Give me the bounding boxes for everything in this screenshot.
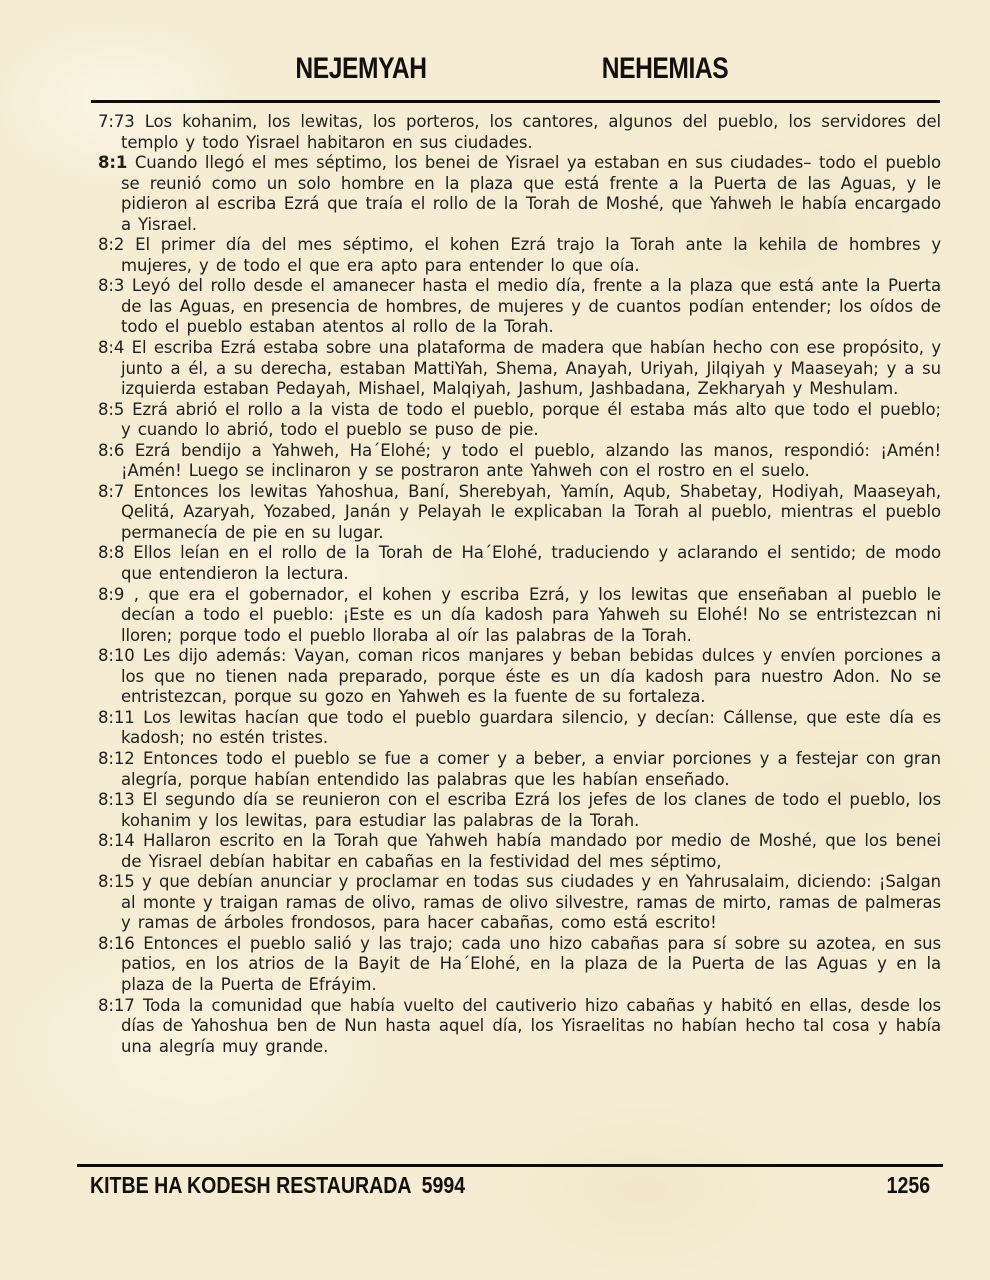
verse: 8:6 Ezrá bendijo a Yahweh, Ha´Elohé; y t…	[98, 441, 941, 482]
verse-number: 8:4	[98, 338, 124, 357]
verse: 8:7 Entonces los lewitas Yahoshua, Baní,…	[98, 482, 941, 544]
scripture-text: 7:73 Los kohanim, los lewitas, los porte…	[98, 112, 941, 1057]
verse: 8:1 Cuando llegó el mes séptimo, los ben…	[98, 153, 941, 235]
verse-number: 8:11	[98, 708, 135, 727]
verse-number: 7:73	[98, 112, 135, 131]
page-title-spanish: NEHEMIAS	[602, 52, 729, 86]
verse: 8:2 El primer día del mes séptimo, el ko…	[98, 235, 941, 276]
footer-rule	[77, 1164, 943, 1167]
verse-text: , que era el gobernador, el kohen y escr…	[121, 585, 941, 645]
document-page: NEJEMYAH NEHEMIAS 7:73 Los kohanim, los …	[0, 0, 990, 1280]
verse-text: El escriba Ezrá estaba sobre una platafo…	[121, 338, 941, 398]
verse-text: Los lewitas hacían que todo el pueblo gu…	[121, 708, 941, 748]
verse-number: 8:16	[98, 934, 135, 953]
verse-number: 8:12	[98, 749, 135, 768]
verse-text: Ezrá bendijo a Yahweh, Ha´Elohé; y todo …	[121, 441, 941, 481]
verse: 8:8 Ellos leían en el rollo de la Torah …	[98, 543, 941, 584]
verse-number: 8:15	[98, 872, 135, 891]
verse-number: 8:17	[98, 996, 135, 1015]
verse-number: 8:13	[98, 790, 135, 809]
verse: 8:16 Entonces el pueblo salió y las traj…	[98, 934, 941, 996]
verse-text: Entonces el pueblo salió y las trajo; ca…	[121, 934, 941, 994]
verse-text: El segundo día se reunieron con el escri…	[121, 790, 941, 830]
verse-text: Toda la comunidad que había vuelto del c…	[121, 996, 941, 1056]
verse: 7:73 Los kohanim, los lewitas, los porte…	[98, 112, 941, 153]
verse: 8:5 Ezrá abrió el rollo a la vista de to…	[98, 400, 941, 441]
verse-number: 8:6	[98, 441, 124, 460]
verse: 8:17 Toda la comunidad que había vuelto …	[98, 996, 941, 1058]
verse-text: y que debían anunciar y proclamar en tod…	[121, 872, 941, 932]
verse-number: 8:2	[98, 235, 124, 254]
verse: 8:4 El escriba Ezrá estaba sobre una pla…	[98, 338, 941, 400]
verse-text: Leyó del rollo desde el amanecer hasta e…	[121, 276, 941, 336]
verse: 8:3 Leyó del rollo desde el amanecer has…	[98, 276, 941, 338]
verse: 8:9 , que era el gobernador, el kohen y …	[98, 585, 941, 647]
verse-number: 8:8	[98, 543, 124, 562]
verse-text: Ellos leían en el rollo de la Torah de H…	[121, 543, 941, 583]
footer-page-number: 1256	[887, 1172, 930, 1199]
verse: 8:13 El segundo día se reunieron con el …	[98, 790, 941, 831]
page-title-transliterated: NEJEMYAH	[295, 52, 426, 86]
verse-number: 8:3	[98, 276, 124, 295]
verse-text: Ezrá abrió el rollo a la vista de todo e…	[121, 400, 941, 440]
verse-text: Entonces todo el pueblo se fue a comer y…	[121, 749, 941, 789]
verse-text: Los kohanim, los lewitas, los porteros, …	[121, 112, 941, 152]
verse-text: El primer día del mes séptimo, el kohen …	[121, 235, 941, 275]
verse-number: 8:10	[98, 646, 135, 665]
verse-number: 8:7	[98, 482, 124, 501]
verse-text: Hallaron escrito en la Torah que Yahweh …	[121, 831, 941, 871]
verse-number: 8:1	[98, 153, 127, 172]
verse-number: 8:14	[98, 831, 135, 850]
verse-text: Entonces los lewitas Yahoshua, Baní, She…	[121, 482, 941, 542]
verse: 8:14 Hallaron escrito en la Torah que Ya…	[98, 831, 941, 872]
verse-text: Les dijo además: Vayan, coman ricos manj…	[121, 646, 941, 706]
verse: 8:12 Entonces todo el pueblo se fue a co…	[98, 749, 941, 790]
verse-number: 8:5	[98, 400, 124, 419]
verse: 8:15 y que debían anunciar y proclamar e…	[98, 872, 941, 934]
verse-number: 8:9	[98, 585, 124, 604]
verse: 8:10 Les dijo además: Vayan, coman ricos…	[98, 646, 941, 708]
footer-edition-label: KITBE HA KODESH RESTAURADA 5994	[90, 1172, 465, 1199]
header-rule	[91, 100, 940, 103]
verse-text: Cuando llegó el mes séptimo, los benei d…	[121, 153, 941, 234]
verse: 8:11 Los lewitas hacían que todo el pueb…	[98, 708, 941, 749]
